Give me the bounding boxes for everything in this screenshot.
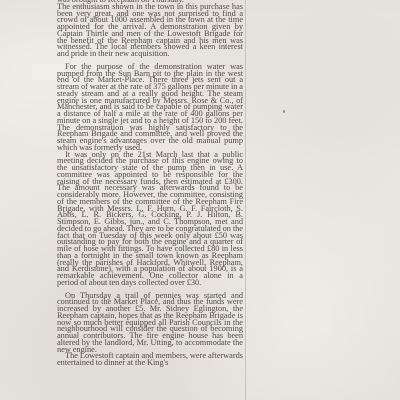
article-paragraph: The enthusiasm shown in the town in this… (57, 4, 243, 58)
ink-speck (283, 110, 285, 113)
article-paragraph: For the purpose of the demonstration wat… (57, 64, 243, 152)
article-paragraph: It was only on the 21st March last that … (57, 152, 243, 287)
newspaper-clipping-scan: was brought to Reepham on Thursday. The … (0, 0, 400, 400)
article-column: was brought to Reepham on Thursday. The … (57, 0, 243, 367)
article-paragraph: The Lowestoft captain and members, were … (57, 353, 243, 367)
column-rule (245, 0, 246, 400)
article-paragraph: On Thursday a trail of pennies was start… (57, 293, 243, 354)
article-paragraphs: The enthusiasm shown in the town in this… (57, 4, 243, 367)
